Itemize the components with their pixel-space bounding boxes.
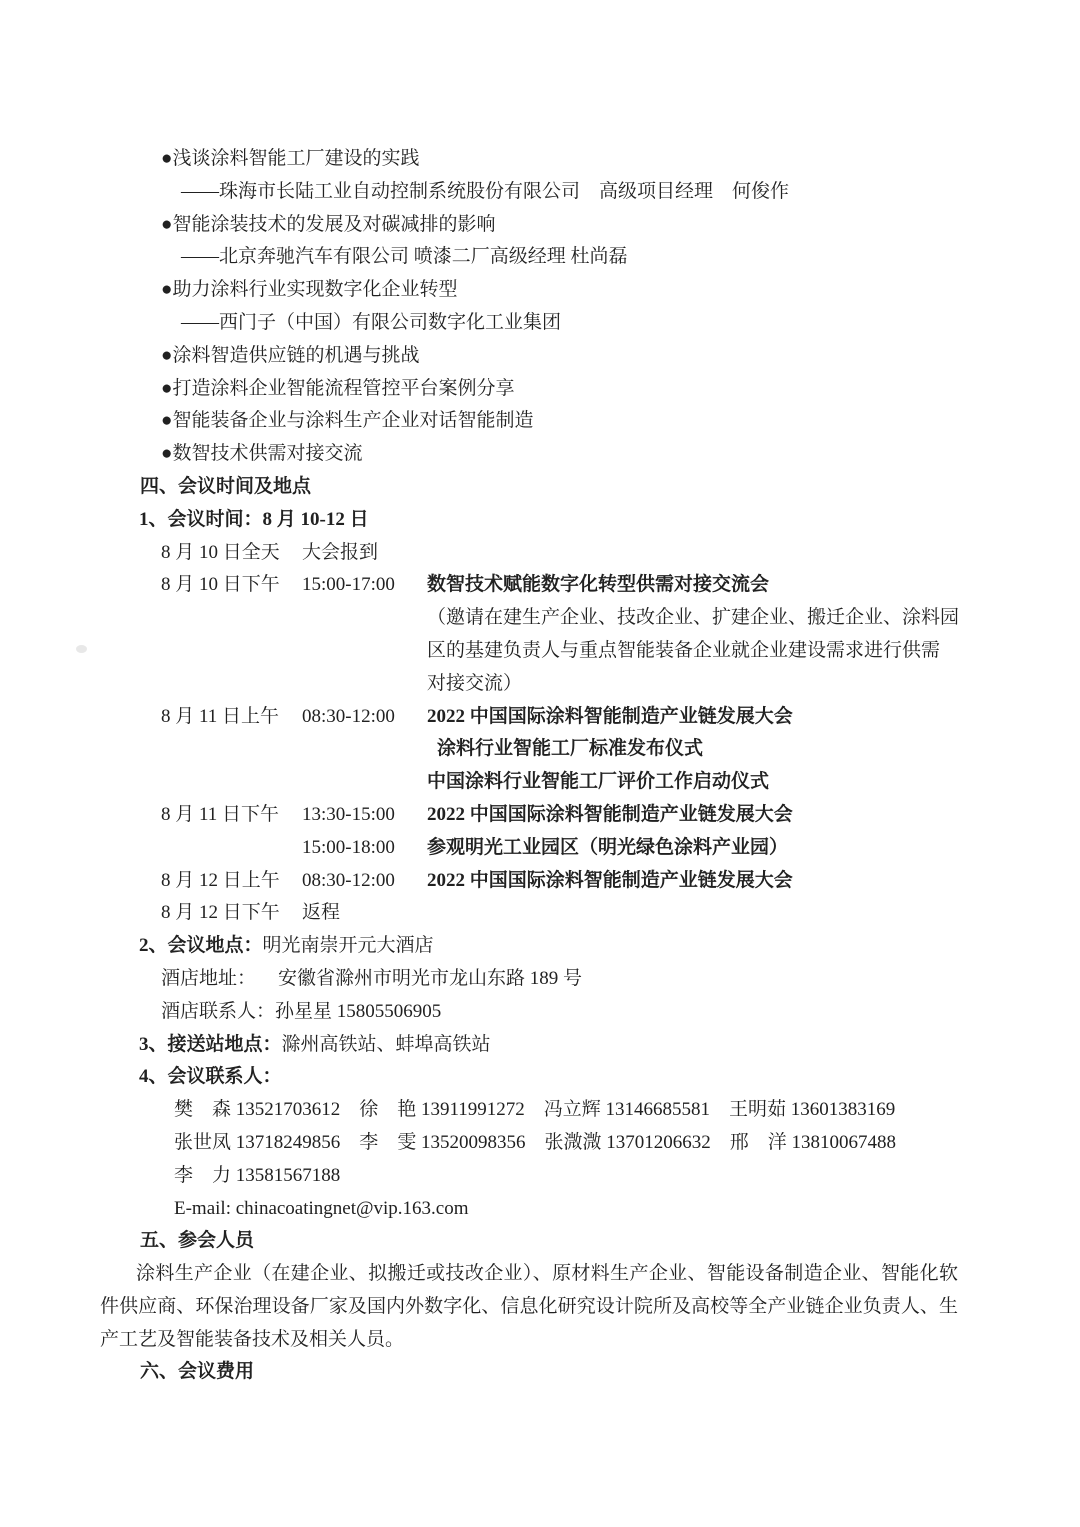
schedule-date: 8 月 11 日下午: [161, 799, 302, 832]
schedule-date: [161, 832, 302, 865]
station-line: 3、接送站地点：滁州高铁站、蚌埠高铁站: [0, 1029, 1080, 1062]
agenda-item-speaker: ——西门子（中国）有限公司数字化工业集团: [0, 307, 1080, 340]
hotel-address-label: 酒店地址：: [161, 968, 256, 989]
agenda-item-title: 打造涂料企业智能流程管控平台案例分享: [172, 378, 514, 399]
bullet-icon: ●: [161, 405, 172, 438]
station-value: 滁州高铁站、蚌埠高铁站: [282, 1034, 491, 1055]
schedule-row: 8 月 12 日上午 08:30-12:00 2022 中国国际涂料智能制造产业…: [0, 865, 1080, 898]
schedule-row: 8 月 12 日下午 返程: [0, 897, 1080, 930]
schedule-event: 2022 中国国际涂料智能制造产业链发展大会: [427, 799, 1080, 832]
schedule-event: 2022 中国国际涂料智能制造产业链发展大会: [427, 865, 1080, 898]
hotel-address-line: 酒店地址：安徽省滁州市明光市龙山东路 189 号: [0, 963, 1080, 996]
agenda-item-title: 智能装备企业与涂料生产企业对话智能制造: [172, 410, 533, 431]
document-page: ●浅谈涂料智能工厂建设的实践 ——珠海市长陆工业自动控制系统股份有限公司 高级项…: [0, 0, 1080, 1389]
agenda-item: ●数智技术供需对接交流: [0, 438, 1080, 471]
schedule-date: 8 月 12 日上午: [161, 865, 302, 898]
schedule-note: 对接交流）: [0, 668, 1080, 701]
scan-smudge-artifact: [76, 645, 87, 653]
bullet-icon: ●: [161, 438, 172, 471]
agenda-item-title: 助力涂料行业实现数字化企业转型: [172, 279, 457, 300]
agenda-item: ●打造涂料企业智能流程管控平台案例分享: [0, 373, 1080, 406]
contact-line: 李 力 13581567188: [0, 1160, 1080, 1193]
venue-label: 2、会议地点：: [139, 935, 263, 956]
email-line: E-mail: chinacoatingnet@vip.163.com: [0, 1193, 1080, 1226]
agenda-item-speaker: ——北京奔驰汽车有限公司 喷漆二厂高级经理 杜尚磊: [0, 241, 1080, 274]
bullet-icon: ●: [161, 340, 172, 373]
agenda-item: ●涂料智造供应链的机遇与挑战: [0, 340, 1080, 373]
schedule-table: 8 月 10 日全天 大会报到 8 月 10 日下午 15:00-17:00 数…: [0, 537, 1080, 931]
schedule-date: 8 月 10 日下午: [161, 569, 302, 602]
hotel-contact-label: 酒店联系人：: [161, 1001, 275, 1022]
schedule-event-extra: 涂料行业智能工厂标准发布仪式: [0, 733, 1080, 766]
schedule-time: 08:30-12:00: [302, 865, 427, 898]
contact-line: 张世凤 13718249856 李 雯 13520098356 张溦溦 1370…: [0, 1127, 1080, 1160]
agenda-item: ●助力涂料行业实现数字化企业转型: [0, 274, 1080, 307]
schedule-time: 13:30-15:00: [302, 799, 427, 832]
attendees-paragraph: 涂料生产企业（在建企业、拟搬迁或技改企业）、原材料生产企业、智能设备制造企业、智…: [100, 1258, 958, 1356]
schedule-note: 区的基建负责人与重点智能装备企业就企业建设需求进行供需: [0, 635, 1080, 668]
schedule-row: 15:00-18:00 参观明光工业园区（明光绿色涂料产业园）: [0, 832, 1080, 865]
meeting-time-heading: 1、会议时间：8 月 10-12 日: [0, 504, 1080, 537]
agenda-item-title: 浅谈涂料智能工厂建设的实践: [172, 148, 419, 169]
agenda-item-title: 智能涂装技术的发展及对碳减排的影响: [172, 214, 495, 235]
schedule-row: 8 月 11 日下午 13:30-15:00 2022 中国国际涂料智能制造产业…: [0, 799, 1080, 832]
section-heading-5: 五、参会人员: [0, 1225, 1080, 1258]
schedule-row: 8 月 11 日上午 08:30-12:00 2022 中国国际涂料智能制造产业…: [0, 701, 1080, 734]
schedule-note: （邀请在建生产企业、技改企业、扩建企业、搬迁企业、涂料园: [0, 602, 1080, 635]
schedule-date: 8 月 10 日全天: [161, 537, 302, 570]
schedule-row: 8 月 10 日下午 15:00-17:00 数智技术赋能数字化转型供需对接交流…: [0, 569, 1080, 602]
bullet-icon: ●: [161, 274, 172, 307]
section-heading-6: 六、会议费用: [0, 1356, 1080, 1389]
hotel-address-value: 安徽省滁州市明光市龙山东路 189 号: [278, 968, 582, 989]
contacts-heading: 4、会议联系人：: [0, 1061, 1080, 1094]
station-label: 3、接送站地点：: [139, 1034, 282, 1055]
venue-line: 2、会议地点：明光南崇开元大酒店: [0, 930, 1080, 963]
hotel-contact-value: 孙星星 15805506905: [275, 1001, 441, 1022]
hotel-contact-line: 酒店联系人：孙星星 15805506905: [0, 996, 1080, 1029]
schedule-event: 2022 中国国际涂料智能制造产业链发展大会: [427, 701, 1080, 734]
agenda-item-speaker: ——珠海市长陆工业自动控制系统股份有限公司 高级项目经理 何俊作: [0, 176, 1080, 209]
schedule-event: 参观明光工业园区（明光绿色涂料产业园）: [427, 832, 1080, 865]
schedule-activity: 返程: [302, 897, 1080, 930]
schedule-time: 15:00-18:00: [302, 832, 427, 865]
schedule-date: 8 月 11 日上午: [161, 701, 302, 734]
schedule-time: 08:30-12:00: [302, 701, 427, 734]
schedule-event: 数智技术赋能数字化转型供需对接交流会: [427, 569, 1080, 602]
section-heading-4: 四、会议时间及地点: [0, 471, 1080, 504]
agenda-item: ●浅谈涂料智能工厂建设的实践: [0, 143, 1080, 176]
schedule-time: 15:00-17:00: [302, 569, 427, 602]
schedule-row: 8 月 10 日全天 大会报到: [0, 537, 1080, 570]
agenda-item: ●智能装备企业与涂料生产企业对话智能制造: [0, 405, 1080, 438]
bullet-icon: ●: [161, 143, 172, 176]
venue-value: 明光南崇开元大酒店: [263, 935, 434, 956]
bullet-icon: ●: [161, 373, 172, 406]
contact-line: 樊 森 13521703612 徐 艳 13911991272 冯立辉 1314…: [0, 1094, 1080, 1127]
agenda-item-title: 涂料智造供应链的机遇与挑战: [172, 345, 419, 366]
schedule-date: 8 月 12 日下午: [161, 897, 302, 930]
schedule-event-extra: 中国涂料行业智能工厂评价工作启动仪式: [0, 766, 1080, 799]
agenda-item: ●智能涂装技术的发展及对碳减排的影响: [0, 209, 1080, 242]
bullet-icon: ●: [161, 209, 172, 242]
schedule-activity: 大会报到: [302, 537, 1080, 570]
agenda-item-title: 数智技术供需对接交流: [172, 443, 362, 464]
